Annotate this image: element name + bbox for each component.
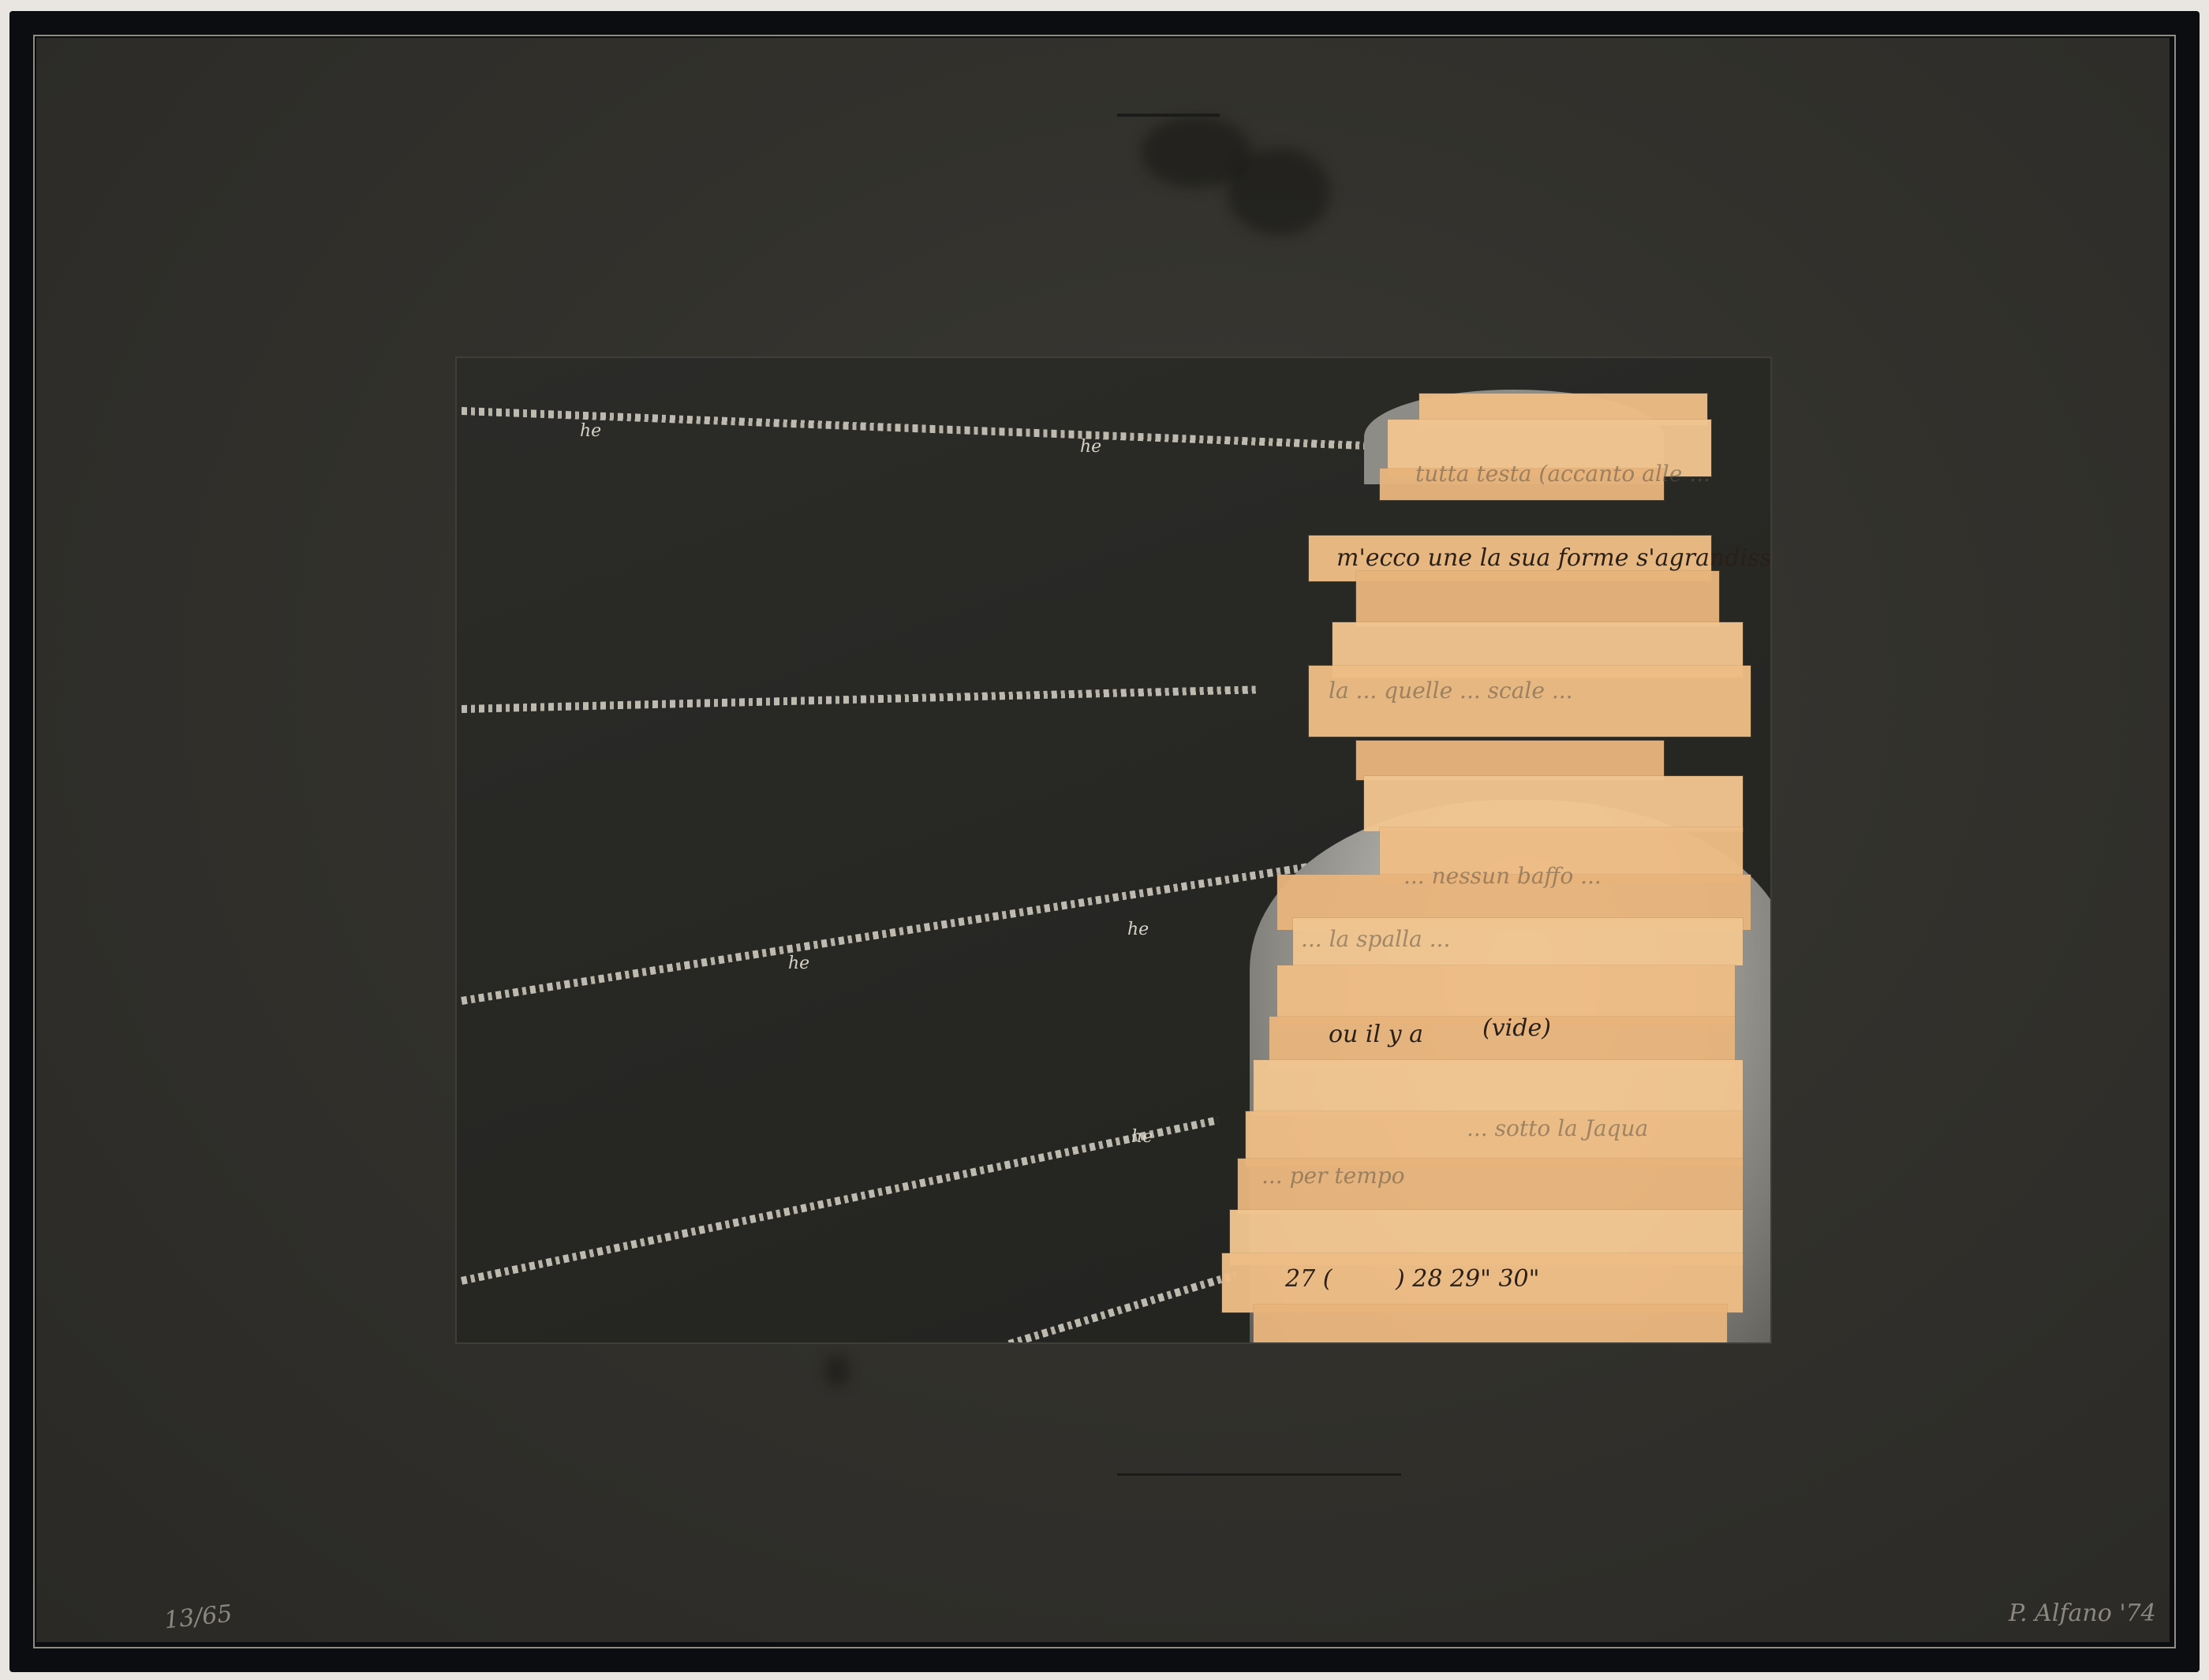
smudge: [1228, 148, 1330, 235]
tape-strip: [1356, 741, 1664, 780]
stroke-label: he: [788, 954, 809, 973]
scuff-mark: [1117, 1473, 1401, 1476]
tape-strip: [1364, 776, 1743, 831]
inscription: (vide): [1482, 1014, 1551, 1042]
dotted-line: [462, 685, 1258, 713]
stroke-label: he: [1127, 920, 1149, 939]
inscription: la ... quelle ... scale ...: [1329, 678, 1573, 704]
artist-signature: P. Alfano '74: [2009, 1600, 2156, 1627]
dotted-line: [462, 407, 1415, 451]
inscription: m'ecco une la sua forme s'agrandisse...: [1336, 544, 1770, 572]
inscription: ... per tempo: [1261, 1163, 1405, 1189]
edition-number: 13/65: [163, 1600, 234, 1635]
inscription: 27 (: [1285, 1265, 1332, 1293]
inscription: ... la spalla ...: [1301, 926, 1450, 952]
dotted-line: [461, 1116, 1219, 1285]
scuff-mark: [1117, 114, 1220, 117]
dotted-line: [1008, 1271, 1237, 1342]
print-image: he he he he he: [457, 358, 1770, 1342]
stroke-label: he: [1080, 437, 1101, 457]
inscription: tutta testa (accanto alle ...: [1415, 461, 1710, 487]
picture-frame: he he he he he: [9, 11, 2200, 1672]
dotted-line: [461, 861, 1319, 1005]
tape-strip: [1254, 1060, 1743, 1115]
stroke-label: he: [1131, 1127, 1153, 1147]
smudge: [825, 1355, 849, 1387]
stroke-label: he: [580, 421, 601, 441]
inscription: ) 28 29" 30": [1396, 1265, 1539, 1293]
tape-strip: [1254, 1305, 1727, 1342]
inscription: ou il y a: [1329, 1021, 1423, 1048]
mat-board: he he he he he: [36, 38, 2170, 1642]
inscription: ... nessun baffo ...: [1404, 863, 1602, 889]
inscription: ... sotto la Jaqua: [1467, 1115, 1648, 1141]
tape-strip: [1356, 571, 1719, 626]
